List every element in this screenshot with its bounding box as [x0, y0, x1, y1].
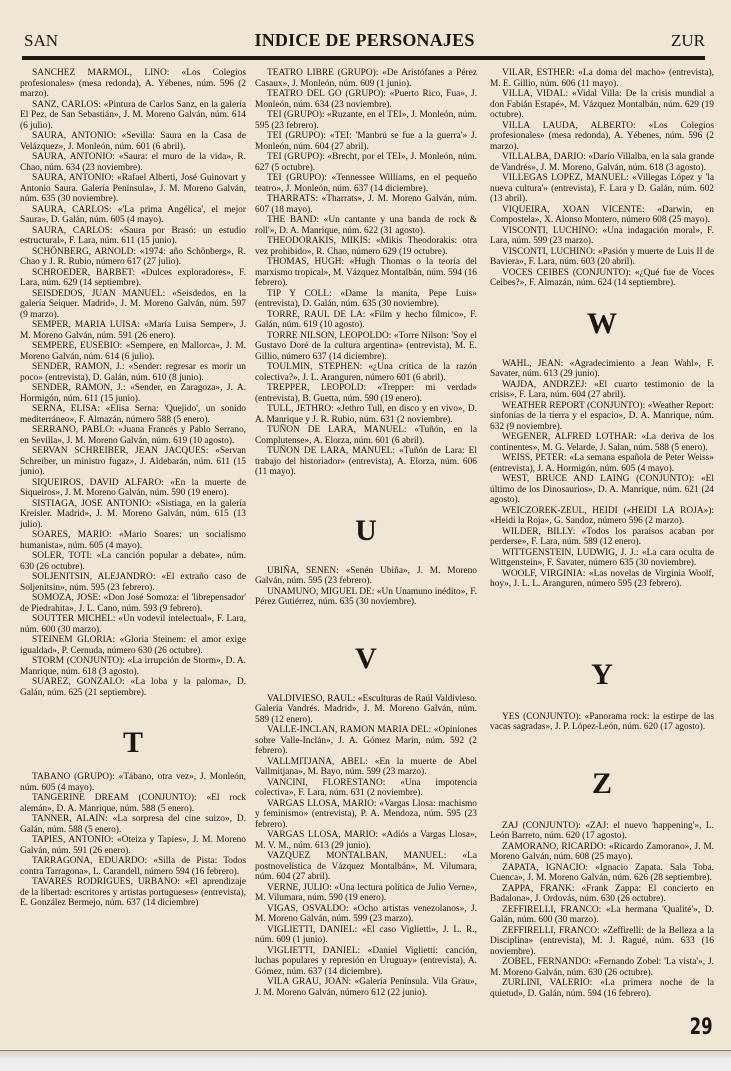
index-entry: VAZQUEZ MONTALBAN, MANUEL: «La postnovel…: [255, 851, 477, 883]
index-entry: SEISDEDOS, JUAN MANUEL: «Seisdedos, en l…: [20, 289, 246, 321]
index-entry: TARRAGONA, EDUARDO: «Silla de Pista: Tod…: [20, 856, 246, 877]
index-entry: VILLALBA, DARIO: «Darío Villalba, en la …: [490, 152, 714, 173]
index-entry: VALLE-INCLAN, RAMON MARIA DEL: «Opinione…: [255, 725, 477, 757]
index-entry: SANCHEZ MARMOL, LINO: «Los Colegios prof…: [20, 68, 246, 100]
index-entry: ZAMORANO, RICARDO: «Ricardo Zamorano», J…: [490, 842, 714, 863]
index-entry: WILDER, BILLY: «Todos los paraísos acaba…: [490, 527, 714, 548]
index-entry: TUÑON DE LARA, MANUEL: «Tuñón de Lara: E…: [255, 446, 477, 478]
column-3: VILAR, ESTHER: «La doma del macho» (entr…: [490, 68, 714, 999]
section-letter: Z: [490, 769, 714, 799]
index-entry: TEI (GRUPO): «Ruzante, en el TEI», J. Mo…: [255, 110, 477, 131]
index-entry: STORM (CONJUNTO): «La irrupción de Storm…: [20, 656, 246, 677]
index-entry: VIGAS, OSVALDO: «Ocho artistas venezolan…: [255, 904, 477, 925]
index-entry: VIGLIETTI, DANIEL: «Daniel Viglietti: ca…: [255, 946, 477, 978]
scan-bottom-edge: [0, 1050, 731, 1071]
left-guide-word: SAN: [24, 31, 58, 51]
index-entry: VISCONTI, LUCHINO: «Pasión y muerte de L…: [490, 247, 714, 268]
index-entry: VISCONTI, LUCHINO: «Una indagación moral…: [490, 226, 714, 247]
index-entry: VERNE, JULIO: «Una lectura política de J…: [255, 883, 477, 904]
index-entry: TEATRO DEL GO (GRUPO): «Puerto Rico, Fua…: [255, 89, 477, 110]
index-entry: THEODORAKIS, MIKIS: «Mikis Theodorakis: …: [255, 236, 477, 257]
index-entry: SEMPER, MARIA LUISA: «María Luisa Semper…: [20, 320, 246, 341]
index-entry: SOUTTER MICHEL: «Un vodevil intelectual»…: [20, 614, 246, 635]
index-entry: SOLER, TOTI: «La canción popular a debat…: [20, 551, 246, 572]
index-entry: TORRE, RAUL DE LA: «Film y hecho fílmico…: [255, 310, 477, 331]
index-entry: SISTIAGA, JOSE ANTONIO: «Sistiaga, en la…: [20, 499, 246, 531]
index-entry: TORRE NILSON, LEOPOLDO: «Torre Nilson: '…: [255, 331, 477, 363]
index-entry: YES (CONJUNTO): «Panorama rock: la estir…: [490, 712, 714, 733]
header-rule: [22, 56, 705, 60]
index-entry: VILA GRAU, JOAN: «Galería Península. Vil…: [255, 977, 477, 998]
index-entry: SIQUEIROS, DAVID ALFARO: «En la muerte d…: [20, 478, 246, 499]
index-entry: VANCINI, FLORESTANO: «Una impotencia col…: [255, 778, 477, 799]
page-number: 29: [690, 1015, 713, 1040]
index-entry: ZEFFIRELLI, FRANCO: «Zeffirelli: de la B…: [490, 926, 714, 958]
index-entry: ZAPPA, FRANK: «Frank Zappa: El concierto…: [490, 884, 714, 905]
index-entry: ZEFFIRELLI, FRANCO: «La hermana 'Qualité…: [490, 905, 714, 926]
index-entry: WEICZOREK-ZEUL, HEIDI («HEIDI LA ROJA»):…: [490, 506, 714, 527]
index-entry: SUAREZ, GONZALO: «La loba y la paloma», …: [20, 677, 246, 698]
index-entry: VARGAS LLOSA, MARIO: «Adiós a Vargas Llo…: [255, 830, 477, 851]
index-entry: SOARES, MARIO: «Mario Soares: un sociali…: [20, 530, 246, 551]
index-entry: VILLEGAS LOPEZ, MANUEL: «Villegas López …: [490, 173, 714, 205]
index-entry: VILLA LAUDA, ALBERTO: «Los Colegios prof…: [490, 121, 714, 153]
index-entry: SERRANO, PABLO: «Juana Francés y Pablo S…: [20, 425, 246, 446]
index-entry: SOMOZA, JOSE: «Don José Somoza: el 'libr…: [20, 593, 246, 614]
index-entry: ZOBEL, FERNANDO: «Fernando Zobel: 'La vi…: [490, 957, 714, 978]
index-entry: SANZ, CARLOS: «Pintura de Carlos Sanz, e…: [20, 100, 246, 132]
index-entry: TEI (GRUPO): «Brecht, por el TEI», J. Mo…: [255, 152, 477, 173]
right-guide-word: ZUR: [671, 31, 705, 51]
index-entry: WEISS, PETER: «La semana española de Pet…: [490, 453, 714, 474]
index-entry: SOLJENITSIN, ALEJANDRO: «El extraño caso…: [20, 572, 246, 593]
section-letter: U: [255, 516, 477, 546]
index-entry: ZAPATA, IGNACIO: «Ignacio Zapata. Sala T…: [490, 863, 714, 884]
column-1: SANCHEZ MARMOL, LINO: «Los Colegios prof…: [20, 68, 246, 909]
index-entry: SENDER, RAMON, J.: «Sender: regresar es …: [20, 362, 246, 383]
index-entry: TOULMIN, STEPHEN: «¿Una crítica de la ra…: [255, 362, 477, 383]
index-entry: WEGENER, ALFRED LOTHAR: «La deriva de lo…: [490, 432, 714, 453]
index-entry: WITTGENSTEIN, LUDWIG, J. J.: «La cara oc…: [490, 548, 714, 569]
index-entry: VALLMITJANA, ABEL: «En la muerte de Abel…: [255, 757, 477, 778]
index-entry: SERNA, ELISA: «Elisa Serna: 'Quejido', u…: [20, 404, 246, 425]
index-entry: THE BAND: «Un cantante y una banda de ro…: [255, 215, 477, 236]
index-entry: WOOLF, VIRGINIA: «Las novelas de Virgini…: [490, 569, 714, 590]
index-entry: SAURA, ANTONIO: «Saura: el muro de la vi…: [20, 152, 246, 173]
section-letter: V: [255, 644, 477, 674]
index-entry: SEMPERE, EUSEBIO: «Sempere, en Mallorca»…: [20, 341, 246, 362]
index-entry: VALDIVIESO, RAUL: «Esculturas de Raúl Va…: [255, 694, 477, 726]
index-entry: TABANO (GRUPO): «Tábano, otra vez», J. M…: [20, 772, 246, 793]
index-entry: VILLA, VIDAL: «Vidal Villa: De la crisis…: [490, 89, 714, 121]
section-letter: T: [20, 728, 246, 758]
index-entry: VIGLIETTI, DANIEL: «El caso Viglietti», …: [255, 925, 477, 946]
index-entry: VIQUEIRA, XOAN VICENTE: «Darwin, en Comp…: [490, 205, 714, 226]
index-entry: TIP Y COLL: «Dame la manita, Pepe Luis» …: [255, 289, 477, 310]
index-entry: WAJDA, ANDRZEJ: «El cuarto testimonio de…: [490, 380, 714, 401]
index-entry: WAHL, JEAN: «Agradecimiento a Jean Wahl»…: [490, 359, 714, 380]
index-entry: TEATRO LIBRE (GRUPO): «De Aristófanes a …: [255, 68, 477, 89]
index-entry: SAURA, ANTONIO: «Rafael Alberti, José Gu…: [20, 173, 246, 205]
index-entry: TAPIES, ANTONIO: «Oteiza y Tapies», J. M…: [20, 835, 246, 856]
index-entry: VOCES CEIBES (CONJUNTO): «¿Qué fue de Vo…: [490, 268, 714, 289]
index-entry: TANNER, ALAIN: «La sorpresa del cine sui…: [20, 814, 246, 835]
index-entry: SAURA, ANTONIO: «Sevilla: Saura en la Ca…: [20, 131, 246, 152]
index-entry: WEATHER REPORT (CONJUNTO): «Weather Repo…: [490, 401, 714, 433]
index-entry: ZURLINI, VALERIO: «La primera noche de l…: [490, 978, 714, 999]
index-entry: VILAR, ESTHER: «La doma del macho» (entr…: [490, 68, 714, 89]
index-entry: TAVARES RODRIGUES, URBANO: «El aprendiza…: [20, 877, 246, 909]
index-entry: UBIÑA, SENEN: «Senén Ubiña», J. M. Moren…: [255, 566, 477, 587]
section-letter: W: [490, 309, 714, 339]
index-entry: THOMAS, HUGH: «Hugh Thomas o la teoría d…: [255, 257, 477, 289]
index-entry: SCHÖNBERG, ARNOLD: «1974: año Schönberg»…: [20, 247, 246, 268]
index-entry: SAURA, CARLOS: «Saura por Brasó: un estu…: [20, 226, 246, 247]
index-entry: TUÑON DE LARA, MANUEL: «Tuñón, en la Com…: [255, 425, 477, 446]
page-title: INDICE DE PERSONAJES: [254, 30, 474, 51]
index-entry: STEINEM GLORIA: «Gloria Steinem: el amor…: [20, 635, 246, 656]
index-entry: ZAJ (CONJUNTO): «ZAJ: el nuevo 'happenin…: [490, 821, 714, 842]
index-entry: TULL, JETHRO: «Jethro Tull, en disco y e…: [255, 404, 477, 425]
index-entry: SCHROEDER, BARBET: «Dulces exploradores»…: [20, 268, 246, 289]
index-page: SAN INDICE DE PERSONAJES ZUR SANCHEZ MAR…: [0, 0, 731, 1071]
index-entry: THARRATS: «Tharrats», J. M. Moreno Galvá…: [255, 194, 477, 215]
index-entry: SAURA, CARLOS: «'La prima Angélica', el …: [20, 205, 246, 226]
index-entry: UNAMUNO, MIGUEL DE: «Un Unamuno inédito»…: [255, 587, 477, 608]
section-letter: Y: [490, 660, 714, 690]
index-entry: WEST, BRUCE AND LAING (CONJUNTO): «El úl…: [490, 474, 714, 506]
column-2: TEATRO LIBRE (GRUPO): «De Aristófanes a …: [255, 68, 477, 998]
index-entry: TREPPER, LEOPOLD: «Trepper: mi verdad» (…: [255, 383, 477, 404]
index-entry: TEI (GRUPO): «Tennessee Williams, en el …: [255, 173, 477, 194]
index-entry: SERVAN SCHREIBER, JEAN JACQUES: «Servan …: [20, 446, 246, 478]
index-entry: TEI (GRUPO): «TEI: 'Manbrú se fue a la g…: [255, 131, 477, 152]
index-entry: TANGERINE DREAM (CONJUNTO): «El rock ale…: [20, 793, 246, 814]
index-entry: SENDER, RAMON, J.: «Sender, en Zaragoza»…: [20, 383, 246, 404]
index-entry: VARGAS LLOSA, MARIO: «Vargas Llosa: mach…: [255, 799, 477, 831]
